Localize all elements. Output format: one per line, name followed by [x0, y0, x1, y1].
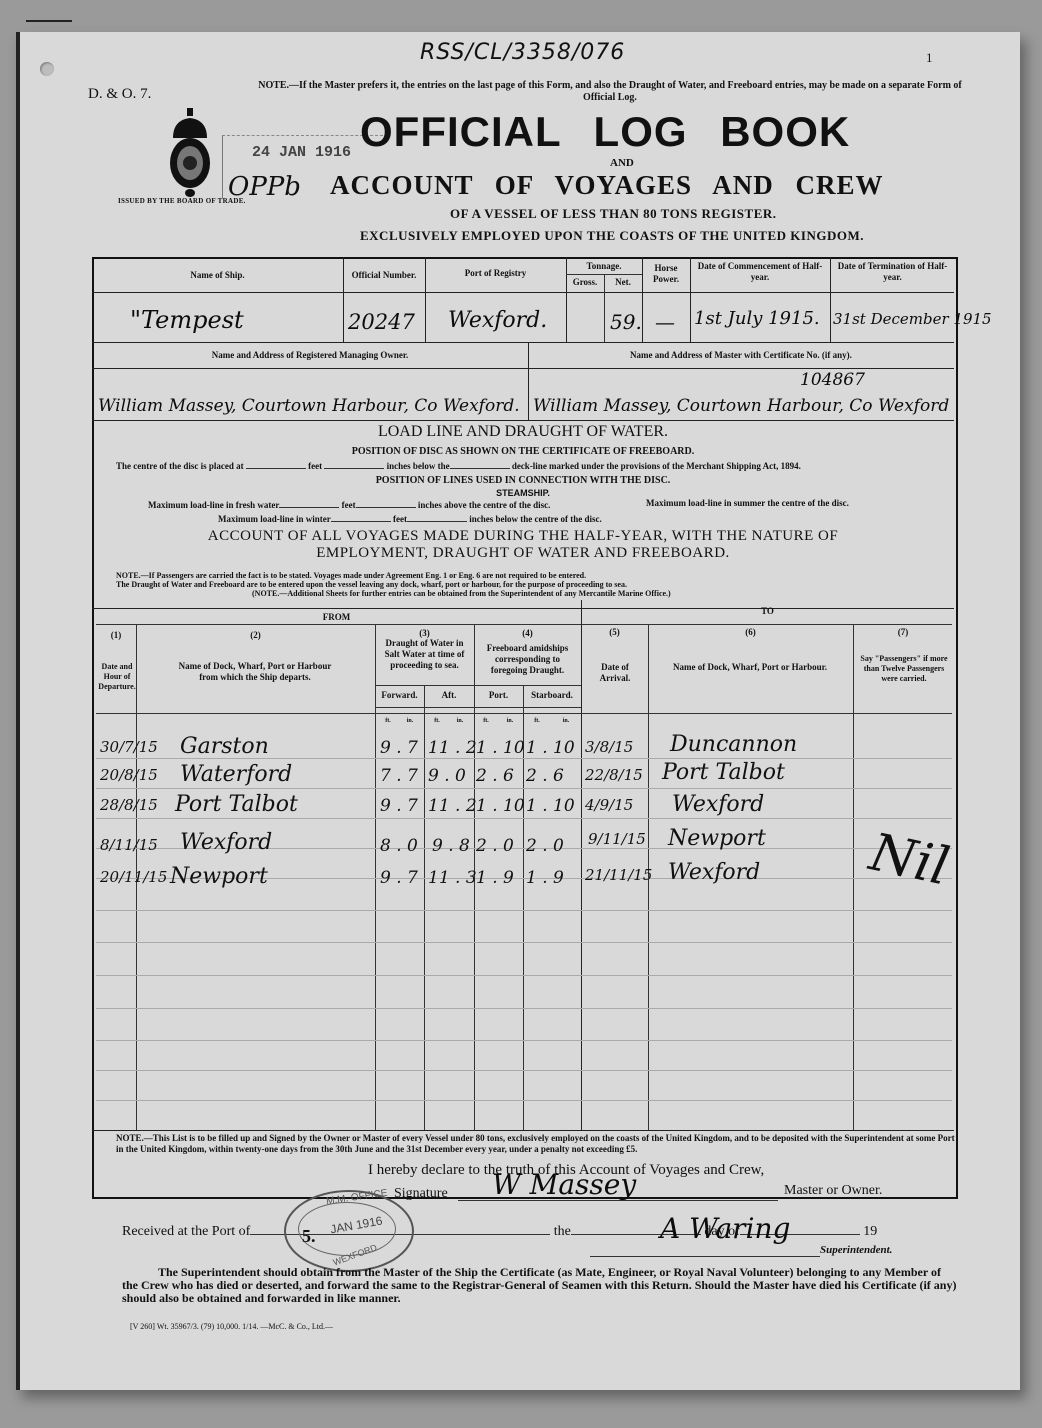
from-port: Wexford — [180, 830, 272, 855]
page-edge — [26, 20, 72, 22]
master-certificate-value: 104867 — [800, 370, 865, 390]
divider — [92, 1130, 954, 1131]
from-port: Newport — [170, 864, 268, 889]
commencement-value: 1st July 1915. — [694, 308, 820, 329]
freeboard-starboard: 1 . 10 — [526, 738, 575, 758]
col5-number: (5) — [581, 627, 648, 638]
page-title: OFFICIAL LOG BOOK — [360, 108, 850, 156]
ruled-line — [96, 1070, 952, 1071]
col2-header: Name of Dock, Wharf, Port or Harbour fro… — [175, 661, 335, 683]
freeboard-port: 2 . 6 — [476, 766, 514, 786]
departure-date: 8/11/15 — [100, 836, 158, 854]
draught-forward: 7 . 7 — [380, 766, 418, 786]
divider — [581, 600, 582, 1130]
subtitle-line-2: OF A VESSEL OF LESS THAN 80 TONS REGISTE… — [450, 206, 777, 222]
arrival-date: 3/8/15 — [585, 738, 633, 756]
master-owner-label: Master or Owner. — [784, 1183, 882, 1199]
top-note: NOTE.—If the Master prefers it, the entr… — [250, 80, 970, 104]
unit-in: in. — [556, 716, 576, 727]
draught-forward: 9 . 7 — [380, 868, 418, 888]
port-value: Wexford. — [448, 308, 547, 333]
signature-label: Signature — [394, 1186, 448, 1202]
form-code: D. & O. 7. — [88, 86, 151, 103]
unit-ft: ft. — [427, 716, 447, 727]
col4-port: Port. — [474, 690, 523, 701]
label-tonnage: Tonnage. — [566, 261, 642, 272]
termination-value: 31st December 1915 — [833, 310, 992, 328]
horse-power-value: — — [655, 310, 675, 334]
unit-ft: ft. — [527, 716, 547, 727]
label-ship-name: Name of Ship. — [92, 270, 343, 281]
punch-hole — [40, 62, 54, 76]
divider — [92, 420, 954, 421]
received-stamp: 24 JAN 1916 — [252, 144, 351, 161]
unit-in: in. — [450, 716, 470, 727]
reference-number: RSS/CL/3358/076 — [420, 40, 625, 65]
ruled-line — [96, 975, 952, 976]
col7-header: Say "Passengers" if more than Twelve Pas… — [856, 654, 952, 684]
label-gross: Gross. — [566, 277, 604, 288]
draught-aft: 9 . 8 — [432, 836, 470, 856]
divider — [642, 257, 643, 342]
col4-number: (4) — [474, 628, 581, 639]
label-master: Name and Address of Master with Certific… — [528, 350, 954, 361]
voyages-title: ACCOUNT OF ALL VOYAGES MADE DURING THE H… — [100, 528, 946, 562]
divider — [96, 713, 952, 714]
col3-aft: Aft. — [424, 690, 474, 701]
divider — [375, 707, 581, 708]
freeboard-port: 1 . 9 — [476, 868, 514, 888]
draught-aft: 11 . 3 — [428, 868, 477, 888]
freeboard-port: 1 . 10 — [476, 738, 525, 758]
ruled-line — [96, 1100, 952, 1101]
arrival-date: 9/11/15 — [588, 830, 646, 848]
divider — [424, 685, 425, 1130]
summer-line: Maximum load-line in summer the centre o… — [646, 498, 849, 508]
col3-forward: Forward. — [375, 690, 424, 701]
ruled-line — [96, 788, 952, 789]
divider — [96, 624, 952, 625]
from-header: FROM — [92, 612, 581, 623]
master-value: William Massey, Courtown Harbour, Co Wex… — [533, 396, 949, 416]
from-port: Waterford — [180, 762, 292, 787]
freeboard-starboard: 1 . 10 — [526, 796, 575, 816]
official-number-value: 20247 — [348, 310, 415, 334]
page-number: 1 — [926, 50, 933, 66]
fresh-water-line: Maximum load-line in fresh water feet in… — [148, 500, 550, 510]
postmark-day: 5. — [302, 1226, 316, 1247]
divider — [566, 274, 642, 275]
label-official-number: Official Number. — [343, 270, 425, 281]
to-port: Wexford — [672, 792, 764, 817]
issued-by-label: ISSUED BY THE BOARD OF TRADE. — [118, 197, 246, 205]
departure-date: 20/8/15 — [100, 766, 158, 784]
departure-date: 28/8/15 — [100, 796, 158, 814]
ruled-line — [96, 818, 952, 819]
to-header: TO — [581, 606, 954, 617]
disc-heading: POSITION OF DISC AS SHOWN ON THE CERTIFI… — [92, 446, 954, 457]
divider — [375, 685, 581, 686]
label-commencement: Date of Commencement of Half-year. — [695, 261, 825, 283]
freeboard-port: 2 . 0 — [476, 836, 514, 856]
draught-aft: 9 . 0 — [428, 766, 466, 786]
divider — [830, 257, 831, 342]
label-port-of-registry: Port of Registry — [425, 268, 566, 279]
col3-header: Draught of Water in Salt Water at time o… — [377, 638, 472, 671]
ruled-line — [96, 1040, 952, 1041]
col2-number: (2) — [136, 630, 375, 641]
divider — [92, 292, 954, 293]
freeboard-starboard: 2 . 0 — [526, 836, 564, 856]
label-owner: Name and Address of Registered Managing … — [92, 350, 528, 361]
subtitle-line-3: EXCLUSIVELY EMPLOYED UPON THE COASTS OF … — [360, 228, 864, 244]
freeboard-starboard: 1 . 9 — [526, 868, 564, 888]
col6-header: Name of Dock, Wharf, Port or Harbour. — [670, 662, 830, 673]
instructions: The Superintendent should obtain from th… — [122, 1266, 957, 1305]
disc-position-text: The centre of the disc is placed at feet… — [116, 461, 801, 471]
load-line-title: LOAD LINE AND DRAUGHT OF WATER. — [92, 423, 954, 441]
col4-starboard: Starboard. — [523, 690, 581, 701]
arrival-date: 21/11/15 — [585, 866, 652, 884]
col1-number: (1) — [96, 630, 136, 641]
ship-name-value: "Tempest — [130, 306, 244, 334]
print-code: [V 260] Wt. 35967/3. (79) 10,000. 1/14. … — [130, 1322, 333, 1331]
superintendent-line — [590, 1256, 820, 1257]
lines-heading: POSITION OF LINES USED IN CONNECTION WIT… — [92, 475, 954, 486]
departure-date: 30/7/15 — [100, 738, 158, 756]
unit-ft: ft. — [476, 716, 496, 727]
ruled-line — [96, 942, 952, 943]
from-port: Port Talbot — [175, 792, 298, 817]
draught-aft: 11 . 2 — [428, 738, 477, 758]
to-port: Wexford — [668, 860, 760, 885]
draught-forward: 9 . 7 — [380, 796, 418, 816]
divider — [92, 368, 954, 369]
divider — [690, 257, 691, 342]
ruled-line — [96, 910, 952, 911]
label-horse-power: Horse Power. — [646, 263, 686, 285]
label-net: Net. — [604, 277, 642, 288]
freeboard-port: 1 . 10 — [476, 796, 525, 816]
col5-header: Date of Arrival. — [588, 662, 642, 684]
page-subtitle: ACCOUNT OF VOYAGES AND CREW — [330, 170, 884, 201]
royal-crest-icon — [165, 108, 215, 198]
unit-ft: ft. — [378, 716, 398, 727]
ruled-line — [96, 1008, 952, 1009]
from-port: Garston — [180, 734, 269, 759]
label-termination: Date of Termination of Half-year. — [835, 261, 950, 283]
winter-line: Maximum load-line in winter feet inches … — [218, 514, 602, 524]
draught-aft: 11 . 2 — [428, 796, 477, 816]
initials-handwritten: OPPb — [228, 172, 301, 202]
col4-header: Freeboard amidships corresponding to for… — [476, 643, 579, 676]
departure-date: 20/11/15 — [100, 868, 167, 886]
draught-forward: 8 . 0 — [380, 836, 418, 856]
steamship-heading: STEAMSHIP. — [92, 488, 954, 498]
to-port: Port Talbot — [662, 760, 785, 785]
col7-number: (7) — [853, 627, 953, 638]
arrival-date: 22/8/15 — [585, 766, 643, 784]
superintendent-label: Superintendent. — [820, 1244, 892, 1256]
signature-value: W Massey — [492, 1168, 636, 1201]
to-port: Newport — [668, 826, 766, 851]
unit-in: in. — [400, 716, 420, 727]
col1-header: Date and Hour of Departure. — [98, 662, 136, 692]
divider — [853, 624, 854, 1130]
bottom-note: NOTE.—This List is to be filled up and S… — [116, 1133, 956, 1155]
draught-forward: 9 . 7 — [380, 738, 418, 758]
freeboard-starboard: 2 . 6 — [526, 766, 564, 786]
superintendent-signature: A Waring — [660, 1212, 790, 1245]
arrival-date: 4/9/15 — [585, 796, 633, 814]
col6-number: (6) — [648, 627, 853, 638]
unit-in: in. — [500, 716, 520, 727]
to-port: Duncannon — [670, 732, 797, 757]
net-tonnage-value: 59. — [610, 310, 642, 334]
voyages-note: NOTE.—If Passengers are carried the fact… — [116, 571, 671, 598]
divider — [92, 342, 954, 343]
owner-value: William Massey, Courtown Harbour, Co Wex… — [98, 396, 520, 416]
title-and: AND — [610, 157, 634, 169]
